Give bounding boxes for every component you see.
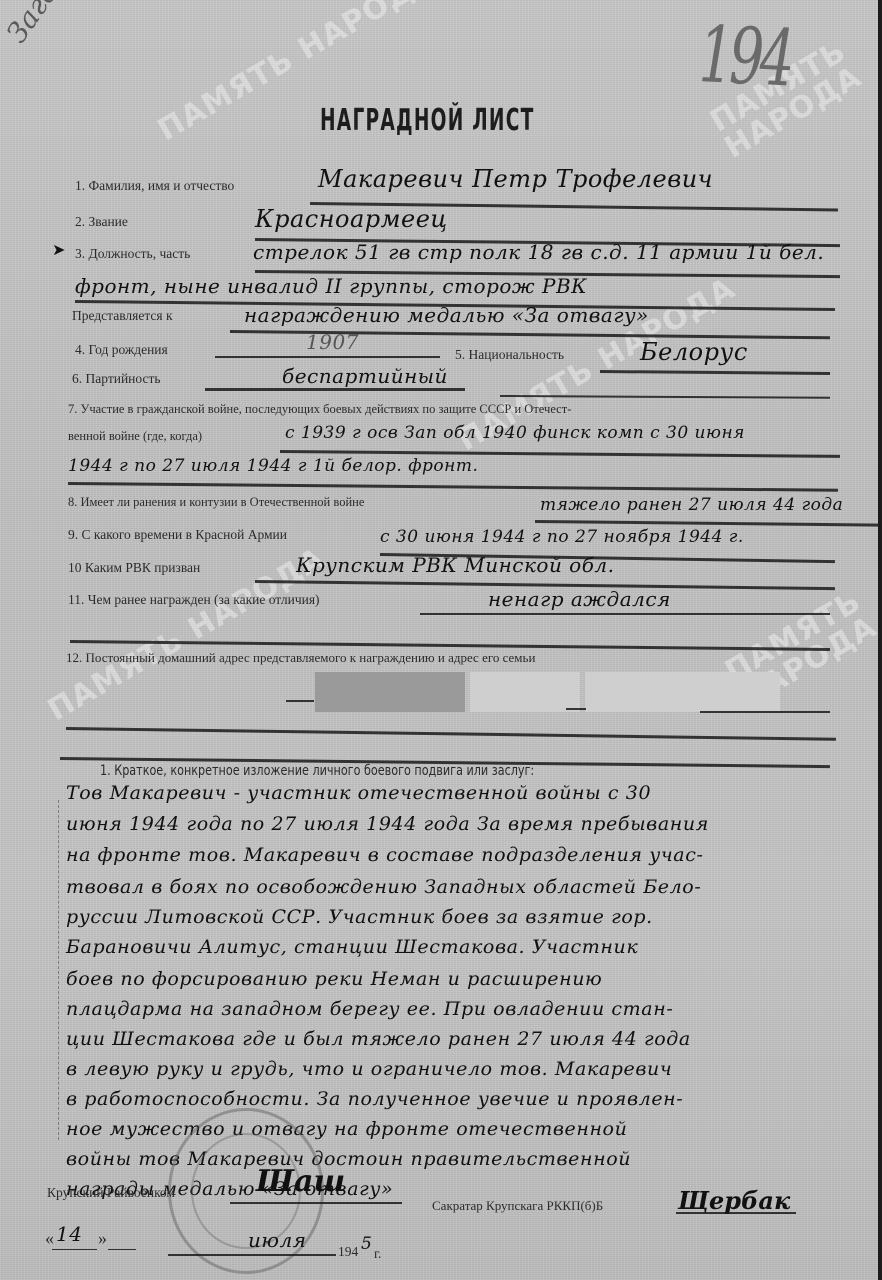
- field-label-position: 3. Должность, часть: [75, 246, 190, 262]
- underline: [566, 708, 586, 710]
- underline: [700, 711, 830, 713]
- date-year-prefix: 194: [338, 1244, 358, 1260]
- date-open-quote: «: [45, 1228, 54, 1249]
- signature-line: [230, 1202, 402, 1204]
- date-line: [168, 1254, 336, 1256]
- underline: [215, 356, 440, 358]
- archive-number: 194: [698, 10, 792, 105]
- signature-label-voenkom: Крупский Райвоенком: [47, 1185, 175, 1201]
- date-year-digit: 5: [361, 1234, 372, 1254]
- field-value-presented: награждению медалью «За отвагу»: [244, 303, 649, 327]
- date-month: июля: [248, 1228, 306, 1252]
- date-line: [52, 1249, 97, 1250]
- signature-label-secretary: Сакратар Крупскага РККП(б)Б: [432, 1198, 603, 1214]
- redacted-address: [470, 672, 580, 712]
- field-value-participation-line1: с 1939 г осв Зап обл 1940 финск комп с 3…: [285, 423, 745, 443]
- field-label-birth-year: 4. Год рождения: [75, 342, 168, 358]
- narrative-line: войны тов Макаревич достоин правительств…: [66, 1148, 631, 1170]
- narrative-line: в работоспособности. За полученное увечи…: [66, 1088, 683, 1110]
- narrative-line: на фронте тов. Макаревич в составе подра…: [66, 844, 704, 866]
- redacted-address: [315, 672, 465, 712]
- signature-secretary: Щербак: [678, 1186, 790, 1215]
- underline: [420, 613, 830, 615]
- field-label-party: 6. Партийность: [72, 371, 161, 387]
- narrative-line: июня 1944 года по 27 июля 1944 года За в…: [66, 813, 709, 835]
- field-label-participation-cont: венной войне (где, когда): [68, 429, 202, 444]
- narrative-line: в левую руку и грудь, что и ограничело т…: [66, 1058, 672, 1080]
- narrative-line: ное мужество и отвагу на фронте отечеств…: [66, 1118, 627, 1140]
- signature-line: [676, 1212, 796, 1214]
- narrative-line: плацдарма на западном берегу ее. При овл…: [66, 998, 673, 1020]
- field-label-nationality: 5. Национальность: [455, 347, 564, 363]
- underline: [286, 700, 314, 702]
- field-label-participation: 7. Участие в гражданской войне, последую…: [68, 402, 571, 417]
- field-value-name: Макаревич Петр Трофелевич: [318, 165, 713, 193]
- narrative-heading: 1. Краткое, конкретное изложение личного…: [100, 763, 534, 779]
- field-label-rvk: 10 Каким РВК призван: [68, 560, 200, 576]
- document-title: НАГРАДНОЙ ЛИСТ: [320, 103, 535, 138]
- field-label-army-since: 9. С какого времени в Красной Армии: [68, 527, 287, 543]
- field-label-wounds: 8. Имеет ли ранения и контузии в Отечест…: [68, 495, 364, 510]
- field-value-wounds: тяжело ранен 27 июля 44 года: [540, 495, 843, 515]
- underline: [205, 388, 465, 391]
- field-label-rank: 2. Звание: [75, 214, 128, 230]
- cursor-mark-icon: ➤: [52, 240, 65, 260]
- narrative-line: Барановичи Алитус, станции Шестакова. Уч…: [66, 936, 638, 958]
- field-label-presented: Представляется к: [72, 308, 173, 324]
- field-value-rank: Красноармеец: [255, 205, 448, 233]
- field-value-party: беспартийный: [282, 364, 448, 388]
- field-value-previous-awards: ненагр аждался: [488, 587, 671, 611]
- date-year-suffix: г.: [374, 1246, 381, 1262]
- field-label-address: 12. Постоянный домашний адрес представля…: [66, 650, 535, 666]
- narrative-line: руссии Литовской ССР. Участник боев за в…: [66, 906, 653, 928]
- redacted-address: [585, 672, 780, 712]
- date-line: [108, 1249, 136, 1250]
- narrative-line: Тов Макаревич - участник отечественной в…: [66, 782, 651, 804]
- field-value-position-line1: стрелок 51 гв стр полк 18 гв с.д. 11 арм…: [253, 240, 824, 264]
- narrative-line: твовал в боях по освобождению Западных о…: [66, 876, 701, 898]
- narrative-line: боев по форсированию реки Неман и расшир…: [66, 968, 602, 990]
- field-value-position-line2: фронт, ныне инвалид II группы, сторож РВ…: [75, 274, 587, 298]
- field-value-rvk: Крупским РВК Минской обл.: [296, 553, 615, 577]
- signature-voenkom: Шаш: [256, 1164, 345, 1199]
- field-value-participation-line2: 1944 г по 27 июля 1944 г 1й белор. фронт…: [68, 456, 478, 476]
- field-label-previous-awards: 11. Чем ранее награжден (за какие отличи…: [68, 592, 320, 608]
- date-close-quote: »: [98, 1228, 107, 1249]
- narrative-line: ции Шестакова где и был тяжело ранен 27 …: [66, 1028, 691, 1050]
- field-value-birth-year: 1907: [306, 330, 359, 354]
- field-value-army-since: с 30 июня 1944 г по 27 ноября 1944 г.: [380, 527, 744, 547]
- date-day: 14: [56, 1222, 82, 1246]
- field-value-nationality: Белорус: [640, 338, 748, 366]
- margin-line: [58, 800, 60, 1140]
- field-label-name: 1. Фамилия, имя и отчество: [75, 178, 234, 194]
